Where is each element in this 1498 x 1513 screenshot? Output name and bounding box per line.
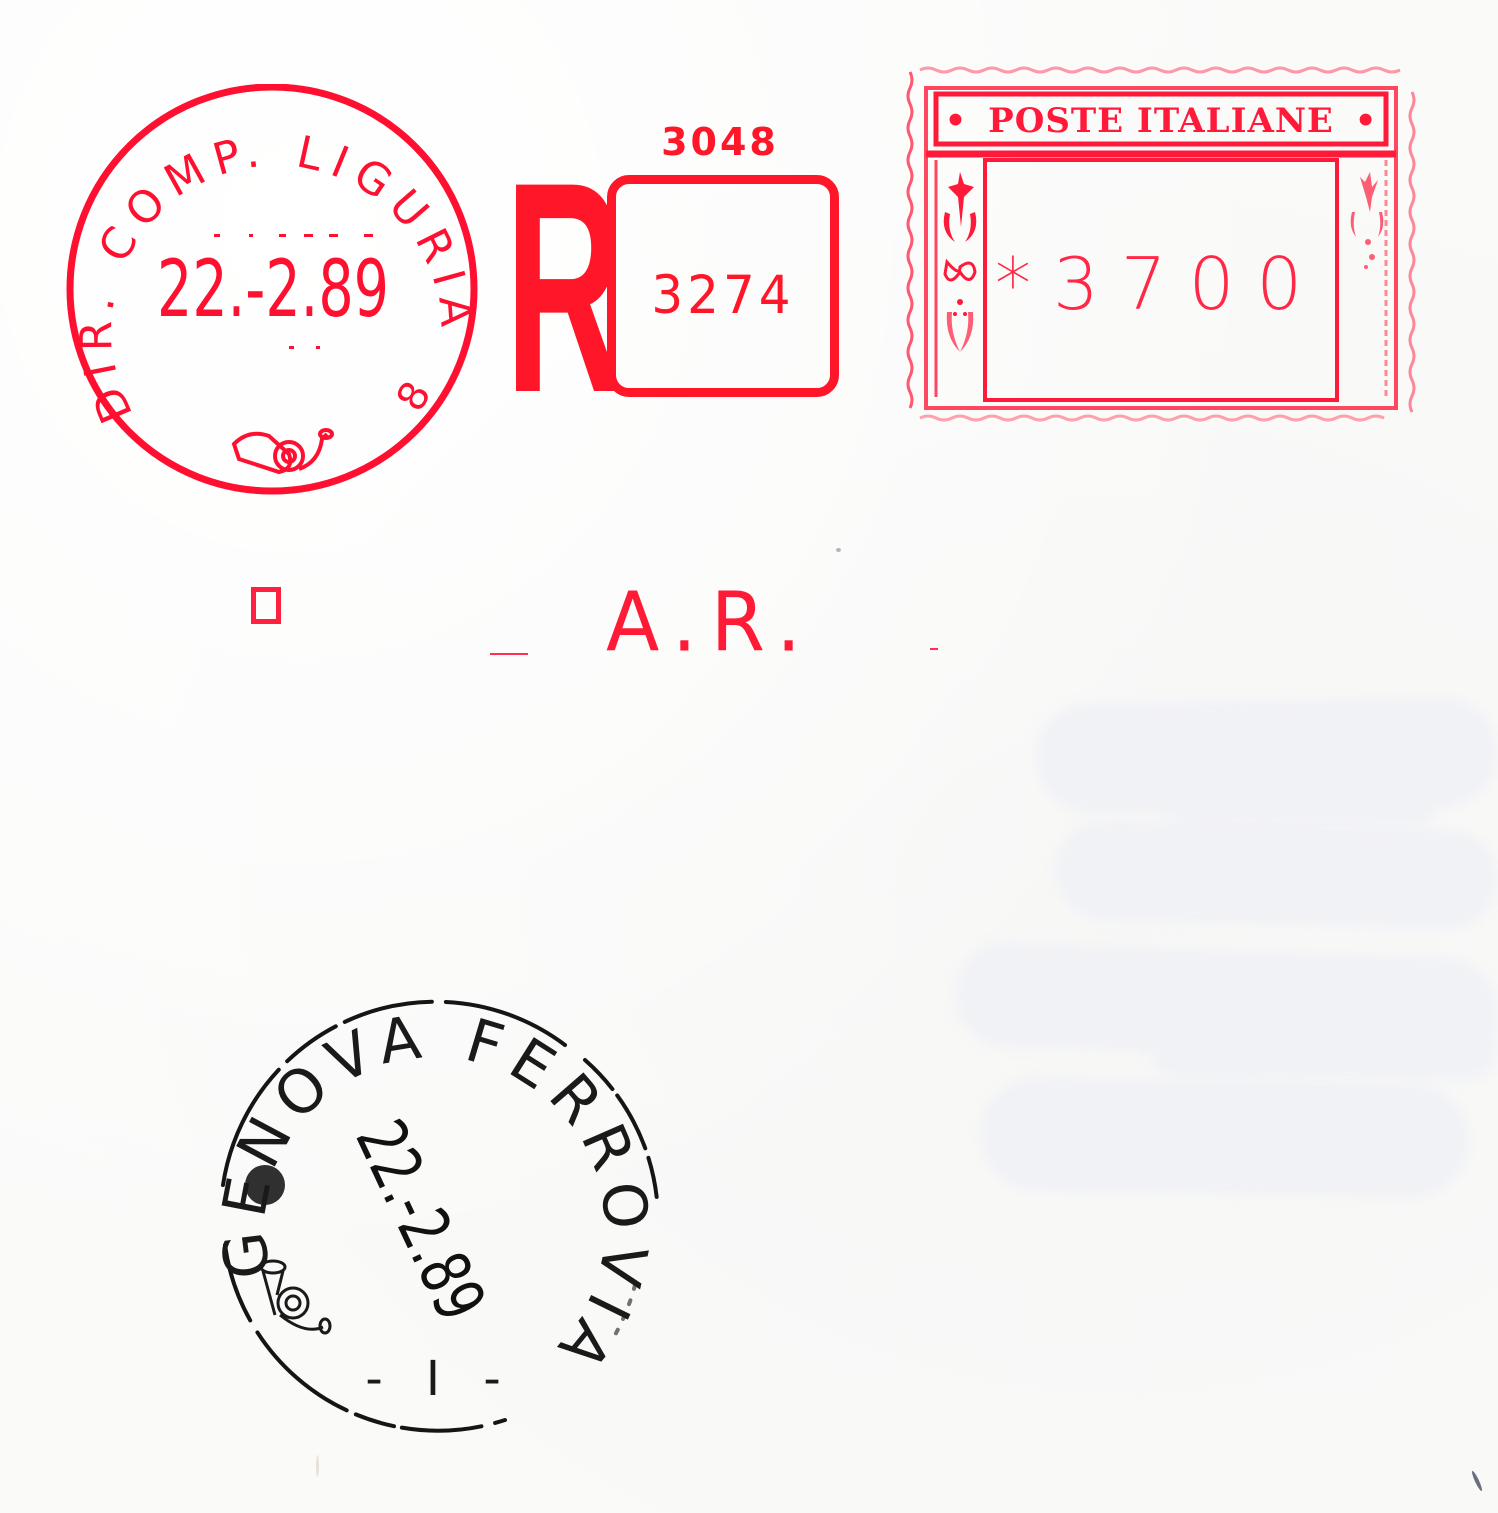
ornament-left (944, 172, 977, 352)
post-horn-icon (234, 430, 332, 472)
registration-number-box: 3274 (607, 175, 839, 397)
red-postmark-date: 22.-2.89 (157, 245, 389, 335)
paper-speck (316, 1455, 319, 1477)
ornament-right (1351, 172, 1384, 269)
postage-value: *3700 (995, 242, 1355, 326)
registration-number: 3274 (616, 265, 830, 326)
post-horn-icon (261, 1261, 330, 1333)
franking-meter-stamp: • POSTE ITALIANE • *3700 (900, 62, 1425, 427)
red-circular-postmark: DIR. COMP. LIGURIA 8 22.-2.89 (64, 84, 484, 499)
registered-letter: R (505, 172, 622, 402)
meter-title: • POSTE ITALIANE • (945, 101, 1378, 141)
black-postmark-date: 22.-2.89 (340, 1109, 500, 1333)
black-circular-postmark: GENOVA FERROVIA - I - 22.-2.89 (205, 985, 665, 1435)
ink-mark (490, 653, 528, 655)
registered-office-code: 3048 (650, 120, 790, 164)
ar-return-receipt-label: A.R. (606, 576, 815, 671)
paper-speck (836, 548, 841, 552)
black-postmark-suffix: - I - (365, 1351, 514, 1407)
registered-mail-label: 3048 R 3274 (500, 110, 860, 410)
ar-checkbox (251, 587, 281, 624)
black-postmark-dot (245, 1165, 285, 1205)
ink-mark (930, 648, 938, 650)
